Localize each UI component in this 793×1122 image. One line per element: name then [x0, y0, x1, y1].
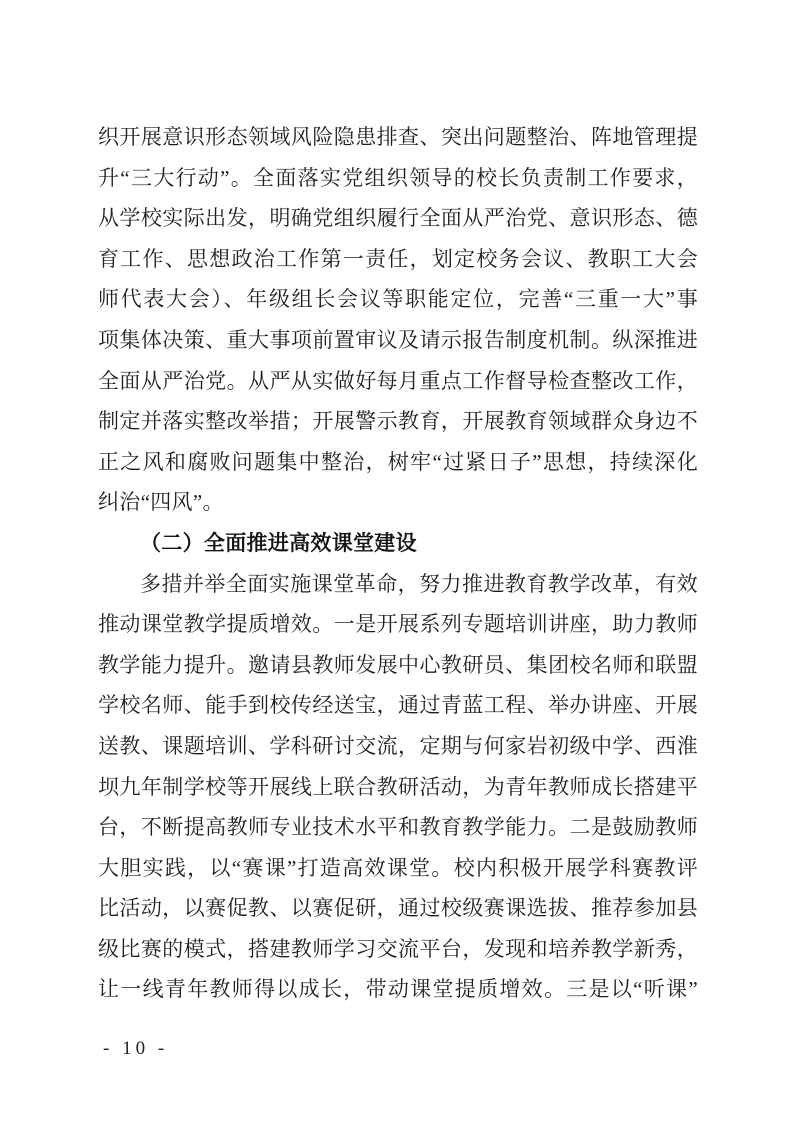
text-line: 推动课堂教学提质增效。一是开展系列专题培训讲座，助力教师 — [98, 604, 698, 645]
text-line: 制定并落实整改举措；开展警示教育，开展教育领域群众身边不 — [98, 401, 698, 442]
text-line: 织开展意识形态领域风险隐患排查、突出问题整治、阵地管理提 — [98, 117, 698, 158]
text-line: 教学能力提升。邀请县教师发展中心教研员、集团校名师和联盟 — [98, 645, 698, 686]
text-line: 项集体决策、重大事项前置审议及请示报告制度机制。纵深推进 — [98, 320, 698, 361]
text-line: 比活动，以赛促教、以赛促研，通过校级赛课选拔、推荐参加县 — [98, 888, 698, 929]
page-number: - 10 - — [103, 1034, 168, 1064]
text-line: 升“三大行动”。全面落实党组织领导的校长负责制工作要求， — [98, 158, 698, 199]
text-line: 大胆实践，以“赛课”打造高效课堂。校内积极开展学科赛教评 — [98, 848, 698, 889]
text-line: 纠治“四风”。 — [98, 482, 698, 523]
text-line: 育工作、思想政治工作第一责任，划定校务会议、教职工大会（教 — [98, 239, 698, 280]
text-line: 师代表大会）、年级组长会议等职能定位，完善“三重一大”事 — [98, 279, 698, 320]
text-line: 送教、课题培训、学科研讨交流，定期与何家岩初级中学、西淮 — [98, 726, 698, 767]
text-line: 正之风和腐败问题集中整治，树牢“过紧日子”思想，持续深化 — [98, 442, 698, 483]
text-line: 坝九年制学校等开展线上联合教研活动，为青年教师成长搭建平 — [98, 767, 698, 808]
text-line: 台，不断提高教师专业技术水平和教育教学能力。二是鼓励教师 — [98, 807, 698, 848]
text-line: 多措并举全面实施课堂革命，努力推进教育教学改革，有效 — [98, 564, 698, 605]
text-line: 从学校实际出发，明确党组织履行全面从严治党、意识形态、德 — [98, 198, 698, 239]
text-line: 让一线青年教师得以成长，带动课堂提质增效。三是以“听课” — [98, 969, 698, 1010]
section-heading: （二）全面推进高效课堂建设 — [98, 523, 698, 564]
body-text: 织开展意识形态领域风险隐患排查、突出问题整治、阵地管理提 升“三大行动”。全面落… — [98, 117, 698, 1010]
text-line: 级比赛的模式，搭建教师学习交流平台，发现和培养教学新秀， — [98, 929, 698, 970]
document-page: 织开展意识形态领域风险隐患排查、突出问题整治、阵地管理提 升“三大行动”。全面落… — [0, 0, 793, 1122]
text-line: 学校名师、能手到校传经送宝，通过青蓝工程、举办讲座、开展 — [98, 685, 698, 726]
text-line: 全面从严治党。从严从实做好每月重点工作督导检查整改工作， — [98, 361, 698, 402]
